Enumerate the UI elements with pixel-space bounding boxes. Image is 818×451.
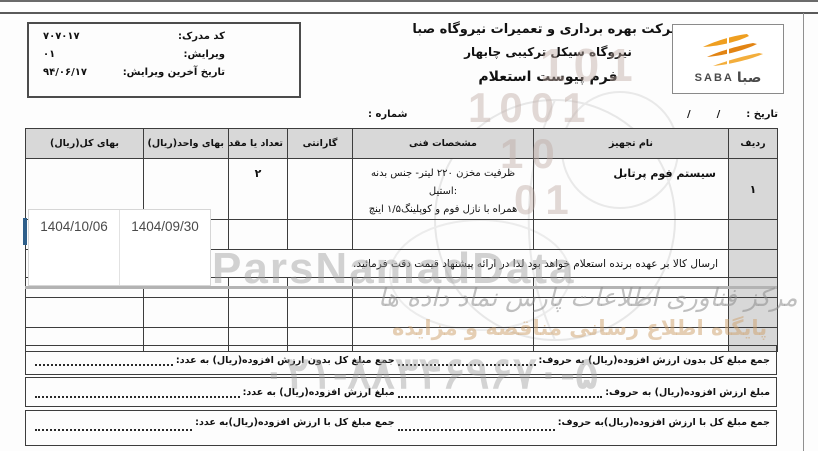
page-right-border — [803, 13, 804, 451]
dotted-fill-line — [35, 420, 192, 431]
cell-quantity: ۲ — [229, 159, 288, 220]
cell-equipment-name: سیستم فوم پرتابل — [534, 159, 729, 220]
date-slash-2: / — [687, 109, 691, 120]
saba-flame-icon — [691, 32, 765, 68]
table-row-empty — [26, 298, 778, 328]
spec-line-2: همراه با نازل فوم و کوپلینگ۱/۵ اینچ — [357, 201, 529, 219]
col-header-specs: مشخصات فنی — [353, 129, 534, 159]
dotted-fill-line — [398, 355, 536, 366]
doc-code-row: کد مدرک: ۷۰۷۰۱۷ — [39, 31, 289, 42]
dotted-fill-line — [35, 355, 173, 366]
saba-logo-box: SABA صبا — [672, 24, 784, 94]
last-revision-date-label: تاریخ آخرین ویرایش: — [123, 67, 225, 78]
vat-amount-box: مبلغ ارزش افزوده(ریال) به حروف: مبلغ ارز… — [25, 377, 777, 407]
title-block: شرکت بهره برداری و تعمیرات نیروگاه صبا ن… — [398, 22, 698, 85]
inquiry-form-page: کد مدرک: ۷۰۷۰۱۷ ویرایش: ۰۱ تاریخ آخرین و… — [0, 0, 818, 451]
date-range-overlay: 1404/10/06 1404/09/30 — [28, 209, 211, 286]
binary-watermark-2: 1001 — [468, 84, 593, 132]
table-header-row: ردیف نام تجهیز مشخصات فنی گارانتی تعداد … — [26, 129, 778, 159]
vat-amount-digits-label: مبلغ ارزش افزوده(ریال) به عدد: — [243, 387, 395, 398]
form-date-field: تاریخ : / / — [638, 109, 778, 120]
header-rule-line — [0, 12, 818, 14]
cell-warranty — [288, 159, 353, 220]
document-info-box: کد مدرک: ۷۰۷۰۱۷ ویرایش: ۰۱ تاریخ آخرین و… — [27, 22, 301, 98]
dotted-fill-line — [398, 420, 555, 431]
spec-line-1: ظرفیت مخزن ۲۲۰ لیتر- جنس بدنه :استیل — [357, 165, 529, 201]
total-without-vat-box: جمع مبلغ کل بدون ارزش افزوده(ریال) به حر… — [25, 345, 777, 375]
form-date-label: تاریخ : — [746, 109, 778, 120]
dotted-fill-line — [35, 387, 240, 398]
plant-title: نیروگاه سیکل ترکیبی چابهار — [398, 45, 698, 59]
saba-logo-text: SABA صبا — [695, 70, 762, 86]
last-revision-date-row: تاریخ آخرین ویرایش: ۹۴/۰۶/۱۷ — [39, 67, 289, 78]
top-edge-line — [0, 0, 818, 2]
dotted-fill-line — [398, 387, 603, 398]
total-with-vat-box: جمع مبلغ کل با ارزش افزوده(ریال)به حروف:… — [25, 410, 777, 446]
col-header-total-price: بهای کل(ریال) — [26, 129, 144, 159]
date-slash-1: / — [717, 109, 721, 120]
revision-row: ویرایش: ۰۱ — [39, 49, 289, 60]
overlay-date-left[interactable]: 1404/10/06 — [29, 210, 119, 285]
total-with-vat-words-label: جمع مبلغ کل با ارزش افزوده(ریال)به حروف: — [558, 417, 770, 428]
col-header-warranty: گارانتی — [288, 129, 353, 159]
total-with-vat-digits-label: جمع مبلغ کل با ارزش افزوده(ریال)به عدد: — [195, 417, 394, 428]
form-number-label: شماره : — [368, 109, 407, 120]
last-revision-date-value: ۹۴/۰۶/۱۷ — [43, 67, 87, 78]
cell-row-index: ۱ — [729, 159, 778, 220]
form-title: فرم پیوست استعلام — [398, 69, 698, 85]
overlay-date-right[interactable]: 1404/09/30 — [119, 210, 210, 285]
doc-code-label: کد مدرک: — [178, 31, 225, 42]
blue-selection-bar — [23, 218, 27, 245]
doc-code-value: ۷۰۷۰۱۷ — [43, 31, 80, 42]
gray-divider-line — [25, 286, 777, 289]
cell-specs: ظرفیت مخزن ۲۲۰ لیتر- جنس بدنه :استیل همر… — [353, 159, 534, 220]
company-title: شرکت بهره برداری و تعمیرات نیروگاه صبا — [398, 22, 698, 37]
revision-value: ۰۱ — [43, 49, 55, 60]
revision-label: ویرایش: — [183, 49, 225, 60]
vat-amount-words-label: مبلغ ارزش افزوده(ریال) به حروف: — [605, 387, 770, 398]
total-without-vat-words-label: جمع مبلغ کل بدون ارزش افزوده(ریال) به حر… — [539, 355, 771, 366]
col-header-quantity: تعداد یا مقدار — [229, 129, 288, 159]
col-header-row-index: ردیف — [729, 129, 778, 159]
saba-logo-persian: صبا — [737, 70, 762, 86]
saba-logo-latin: SABA — [695, 72, 734, 84]
total-without-vat-digits-label: جمع مبلغ کل بدون ارزش افزوده(ریال) به عد… — [176, 355, 395, 366]
col-header-unit-price: بهای واحد(ریال) — [144, 129, 229, 159]
col-header-equipment-name: نام تجهیز — [534, 129, 729, 159]
